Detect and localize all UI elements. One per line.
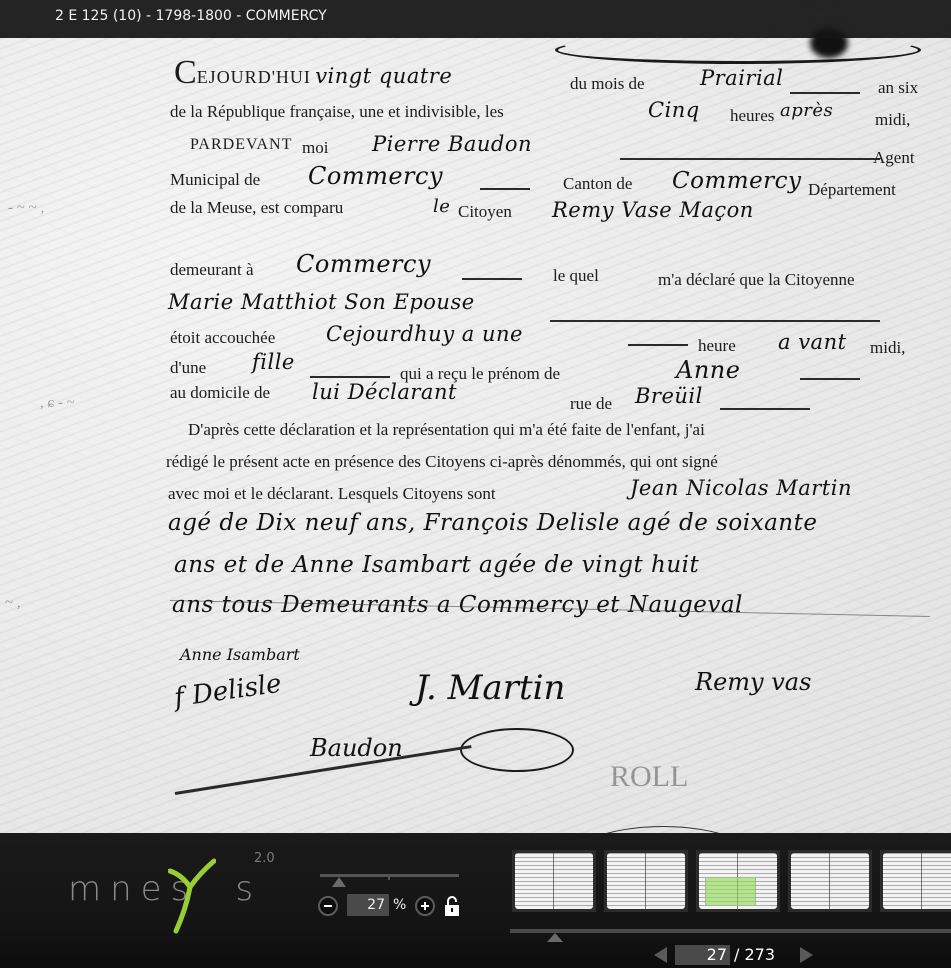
document-viewport[interactable]: - ~ ~ , , ɕ - ~ ~ , CEJOURD'HUI vingt qu… — [0, 0, 951, 833]
bleed-through-mark: ROLL — [610, 760, 688, 794]
printed-text: moi — [302, 138, 328, 158]
signature-remy: Remy vas — [695, 668, 811, 696]
printed-text: rue de — [570, 394, 612, 414]
thumbnail-scroll-handle[interactable] — [547, 933, 563, 942]
thumbnail-page[interactable] — [788, 850, 872, 912]
printed-text: Agent — [873, 148, 915, 168]
thumbnail-page[interactable] — [604, 850, 688, 912]
handwritten-text: ans tous Demeurants a Commercy et Naugev… — [172, 592, 743, 618]
printed-text: demeurant à — [170, 260, 254, 280]
printed-text: Municipal de — [170, 170, 260, 190]
handwritten-canton: Commercy — [672, 168, 802, 194]
handwritten-mother: Marie Matthiot Son Epouse — [168, 290, 475, 314]
previous-page-button[interactable] — [654, 947, 667, 963]
printed-text: Citoyen — [458, 202, 512, 222]
handwritten-text: a vant — [778, 330, 847, 354]
handwritten-text: après — [780, 100, 833, 121]
printed-text: heure — [698, 336, 736, 356]
printed-text: avec moi et le déclarant. Lesquels Citoy… — [168, 484, 496, 504]
handwritten-text: le — [433, 196, 450, 217]
printed-text: midi, — [870, 338, 905, 358]
printed-text: le quel — [553, 266, 599, 286]
handwritten-month: Prairial — [700, 66, 783, 90]
handwritten-hour: Cinq — [648, 98, 700, 122]
top-flourish — [555, 36, 921, 64]
handwritten-witness: Jean Nicolas Martin — [630, 476, 852, 500]
next-page-button[interactable] — [800, 947, 813, 963]
zoom-in-button[interactable] — [415, 896, 435, 916]
handwritten-residence: Commercy — [296, 250, 431, 278]
thumbnail-page[interactable] — [880, 850, 951, 912]
mnesys-logo: mness 2.0 — [68, 863, 298, 943]
handwritten-day: vingt quatre — [315, 64, 452, 88]
printed-text: rédigé le présent acte en présence des C… — [166, 452, 718, 472]
logo-text: mness — [68, 869, 262, 909]
printed-text: au domicile de — [170, 383, 270, 403]
printed-text: D'après cette déclaration et la représen… — [188, 420, 705, 440]
handwritten-town: Commercy — [308, 162, 443, 190]
bleed-through-mark: - ~ ~ , — [8, 200, 44, 217]
printed-text: EJOURD'HUI — [197, 67, 311, 87]
handwritten-text: lui Déclarant — [312, 380, 457, 404]
bleed-through-mark: , ɕ - ~ — [40, 395, 75, 412]
zoom-slider-handle[interactable] — [332, 877, 346, 887]
handwritten-text: agé de Dix neuf ans, François Delisle ag… — [168, 510, 817, 536]
title-bar: 2 E 125 (10) - 1798-1800 - COMMERCY — [0, 0, 951, 38]
drop-cap: C — [174, 54, 197, 91]
handwritten-sex: fille — [252, 350, 295, 374]
unlock-icon[interactable] — [444, 896, 460, 916]
printed-text: de la République française, une et indiv… — [170, 102, 504, 122]
thumbnail-page-active[interactable] — [696, 850, 780, 912]
printed-text: midi, — [875, 110, 910, 130]
page-number-input[interactable]: 27 — [675, 945, 730, 965]
signature-delisle: f Delisle — [172, 669, 283, 714]
handwritten-officer-name: Pierre Baudon — [372, 132, 532, 156]
handwritten-date: Cejourdhuy a une — [326, 322, 523, 346]
printed-text: heures — [730, 106, 774, 126]
printed-text: an six — [878, 78, 918, 98]
handwritten-text: ans et de Anne Isambart agée de vingt hu… — [174, 552, 699, 578]
printed-text: du mois de — [570, 74, 645, 94]
signature-flourish — [460, 728, 574, 772]
viewport-indicator[interactable] — [705, 877, 756, 906]
logo-y-glyph — [168, 857, 216, 935]
printed-text: d'une — [170, 358, 206, 378]
zoom-percent-label: % — [393, 897, 406, 913]
handwritten-child-name: Anne — [676, 356, 740, 384]
logo-version: 2.0 — [254, 851, 275, 866]
signature-martin: J. Martin — [415, 668, 565, 708]
handwritten-street: Breüil — [635, 384, 703, 408]
printed-text: Département — [808, 180, 896, 200]
printed-text: Canton de — [563, 174, 632, 194]
printed-text: de la Meuse, est comparu — [170, 198, 343, 218]
birth-record: CEJOURD'HUI vingt quatre du mois de Prai… — [160, 40, 940, 830]
zoom-out-button[interactable] — [318, 896, 338, 916]
zoom-level-input[interactable]: 27 — [347, 894, 389, 916]
thumbnail-page[interactable] — [512, 850, 596, 912]
thumbnail-scrollbar[interactable] — [510, 929, 951, 933]
bleed-through-mark: ~ , — [5, 595, 21, 612]
thumbnail-strip[interactable] — [510, 848, 951, 914]
page-total: / 273 — [734, 945, 775, 965]
signature-isambart: Anne Isambart — [180, 645, 300, 664]
document-title: 2 E 125 (10) - 1798-1800 - COMMERCY — [55, 8, 327, 24]
handwritten-declarant: Remy Vase Maçon — [552, 198, 754, 222]
printed-text: étoit accouchée — [170, 328, 275, 348]
printed-text: PARDEVANT — [190, 136, 292, 154]
printed-text: m'a déclaré que la Citoyenne — [658, 270, 855, 290]
zoom-slider-tick — [388, 874, 390, 880]
